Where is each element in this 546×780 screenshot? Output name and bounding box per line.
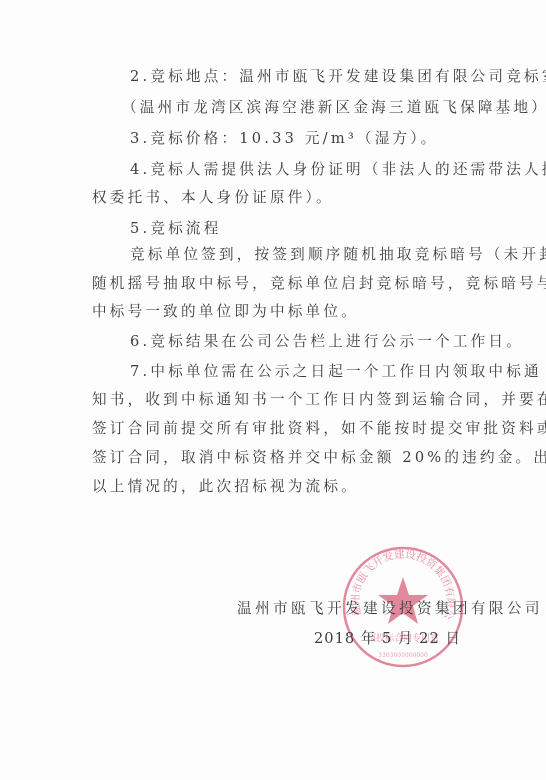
signature-company: 温州市瓯飞开发建设投资集团有限公司	[237, 597, 543, 618]
item-5-step-c: 中标号一致的单位即为中标单位。	[92, 303, 359, 321]
item-2-location: 2.竞标地点：温州市瓯飞开发建设集团有限公司竞标室。	[130, 68, 546, 86]
item-7-c: 签订合同前提交所有审批资料，如不能按时提交审批资料或	[92, 420, 546, 438]
item-7-e: 以上情况的，此次招标视为流标。	[92, 478, 359, 496]
item-7-b: 知书，收到中标通知书一个工作日内签到运输合同，并要在	[92, 391, 546, 409]
item-4-continued: 权委托书、本人身份证原件）。	[92, 189, 334, 207]
item-7-d: 签订合同，取消中标资格并交中标金额 20%的违约金。出现	[92, 449, 546, 467]
item-5-step-b: 随机摇号抽取中标号，竞标单位启封竞标暗号，竞标暗号与	[92, 275, 546, 293]
item-6-result: 6.竞标结果在公司公告栏上进行公示一个工作日。	[130, 333, 524, 351]
document-page: 2.竞标地点：温州市瓯飞开发建设集团有限公司竞标室。 （温州市龙湾区滨海空港新区…	[0, 0, 546, 780]
item-5-step-a: 竞标单位签到，按签到顺序随机抽取竞标暗号（未开封），	[130, 246, 546, 264]
item-5-heading: 5.竞标流程	[130, 220, 222, 238]
item-4-requirement: 4.竞标人需提供法人身份证明（非法人的还需带法人授	[130, 161, 546, 179]
svg-text:3303000000000: 3303000000000	[378, 652, 428, 659]
item-2-address: （温州市龙湾区滨海空港新区金海三道瓯飞保障基地）	[122, 99, 546, 117]
signature-date: 2018 年 5 月 22 日	[314, 627, 461, 648]
item-3-price: 3.竞标价格：10.33 元/m³（湿方）。	[130, 130, 439, 148]
item-7-a: 7.中标单位需在公示之日起一个工作日内领取中标通	[130, 363, 542, 381]
